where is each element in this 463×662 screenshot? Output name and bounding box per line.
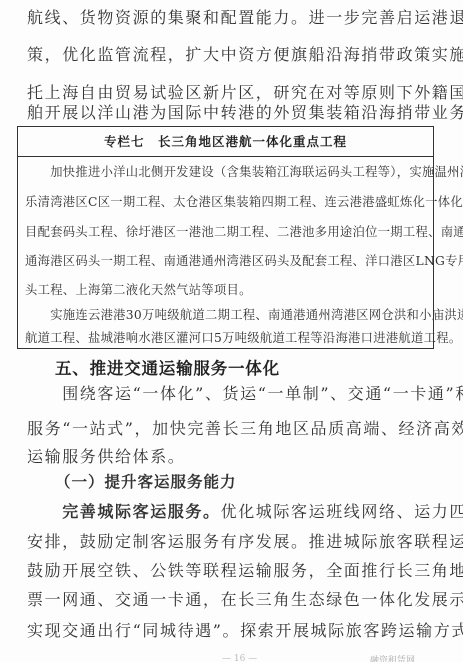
- body-text-line: 托上海自由贸易试验区新片区，研究在对等原则下外籍国际航行船: [27, 83, 437, 103]
- page-number: — 16 —: [222, 654, 257, 662]
- box-text-line: 航道工程、盐城港响水港区灌河口5万吨级航道工程等沿海港口进港航道工程。: [25, 330, 430, 346]
- box-text-line: 头工程、上海第二液化天然气站等项目。: [25, 282, 430, 298]
- body-text-line: 安排，鼓励定制客运服务有序发展。推进城际旅客联程运输发展，: [27, 532, 437, 552]
- box-text-line: 实施连云港港30万吨级航道二期工程、南通港通州湾港区网仓洪和小庙洪进港: [25, 307, 430, 323]
- section-heading: 五、推进交通运输服务一体化: [55, 359, 280, 379]
- feature-box-title: 专栏七 长三角地区港航一体化重点工程: [18, 127, 433, 157]
- box-text-line: 目配套码头工程、徐圩港区一港池二期工程、二港池多用途泊位一期工程、南通港: [25, 224, 430, 240]
- body-text-line: 票一网通、交通一卡通，在长三角生态绿色一体化发展示范区率先: [27, 590, 437, 610]
- box-text-line: 乐清湾港区C区一期工程、太仓港区集装箱四期工程、连云港港盛虹炼化一体化项: [25, 194, 430, 210]
- paragraph-text: 优化城际客运班线网络、运力匹配与时刻: [221, 502, 463, 521]
- body-text-line: 服务“一站式”，加快完善长三角地区品质高端、经济高效的客货: [27, 419, 437, 439]
- box-text-line: 通海港区码头一期工程、南通港通州湾港区码头及配套工程、洋口港区LNG专用码: [25, 253, 430, 269]
- body-text-line: 运输服务供给体系。: [27, 447, 437, 467]
- body-text-line: 航线、货物资源的集聚和配置能力。进一步完善启运港退税相关政: [27, 8, 437, 28]
- body-text-line: 实现交通出行“同城待遇”。探索开展城际旅客跨运输方式异地候: [27, 621, 437, 641]
- body-text-line: 舶开展以洋山港为国际中转港的外贸集装箱沿海捎带业务。: [27, 103, 437, 123]
- watermark: 融资租赁网: [370, 653, 415, 662]
- body-text-line: 完善城际客运服务。优化城际客运班线网络、运力匹配与时刻: [27, 502, 437, 522]
- body-text-line: 围绕客运“一体化”、货运“一单制”、交通“一卡通”和信息: [27, 384, 437, 404]
- subsection-heading: （一）提升客运服务能力: [55, 472, 237, 492]
- feature-box: 专栏七 长三角地区港航一体化重点工程 加快推进小洋山北侧开发建设（含集装箱江海联…: [17, 126, 434, 349]
- paragraph-lead: 完善城际客运服务。: [62, 502, 220, 521]
- body-text-line: 策，优化监管流程，扩大中资方便旗船沿海捎带政策实施效果，依: [27, 45, 437, 65]
- body-text-line: 鼓励开展空铁、公铁等联程运输服务，全面推行长三角地区联网售: [27, 561, 437, 581]
- box-text-line: 加快推进小洋山北侧开发建设（含集装箱江海联运码头工程等），实施温州港: [25, 164, 430, 180]
